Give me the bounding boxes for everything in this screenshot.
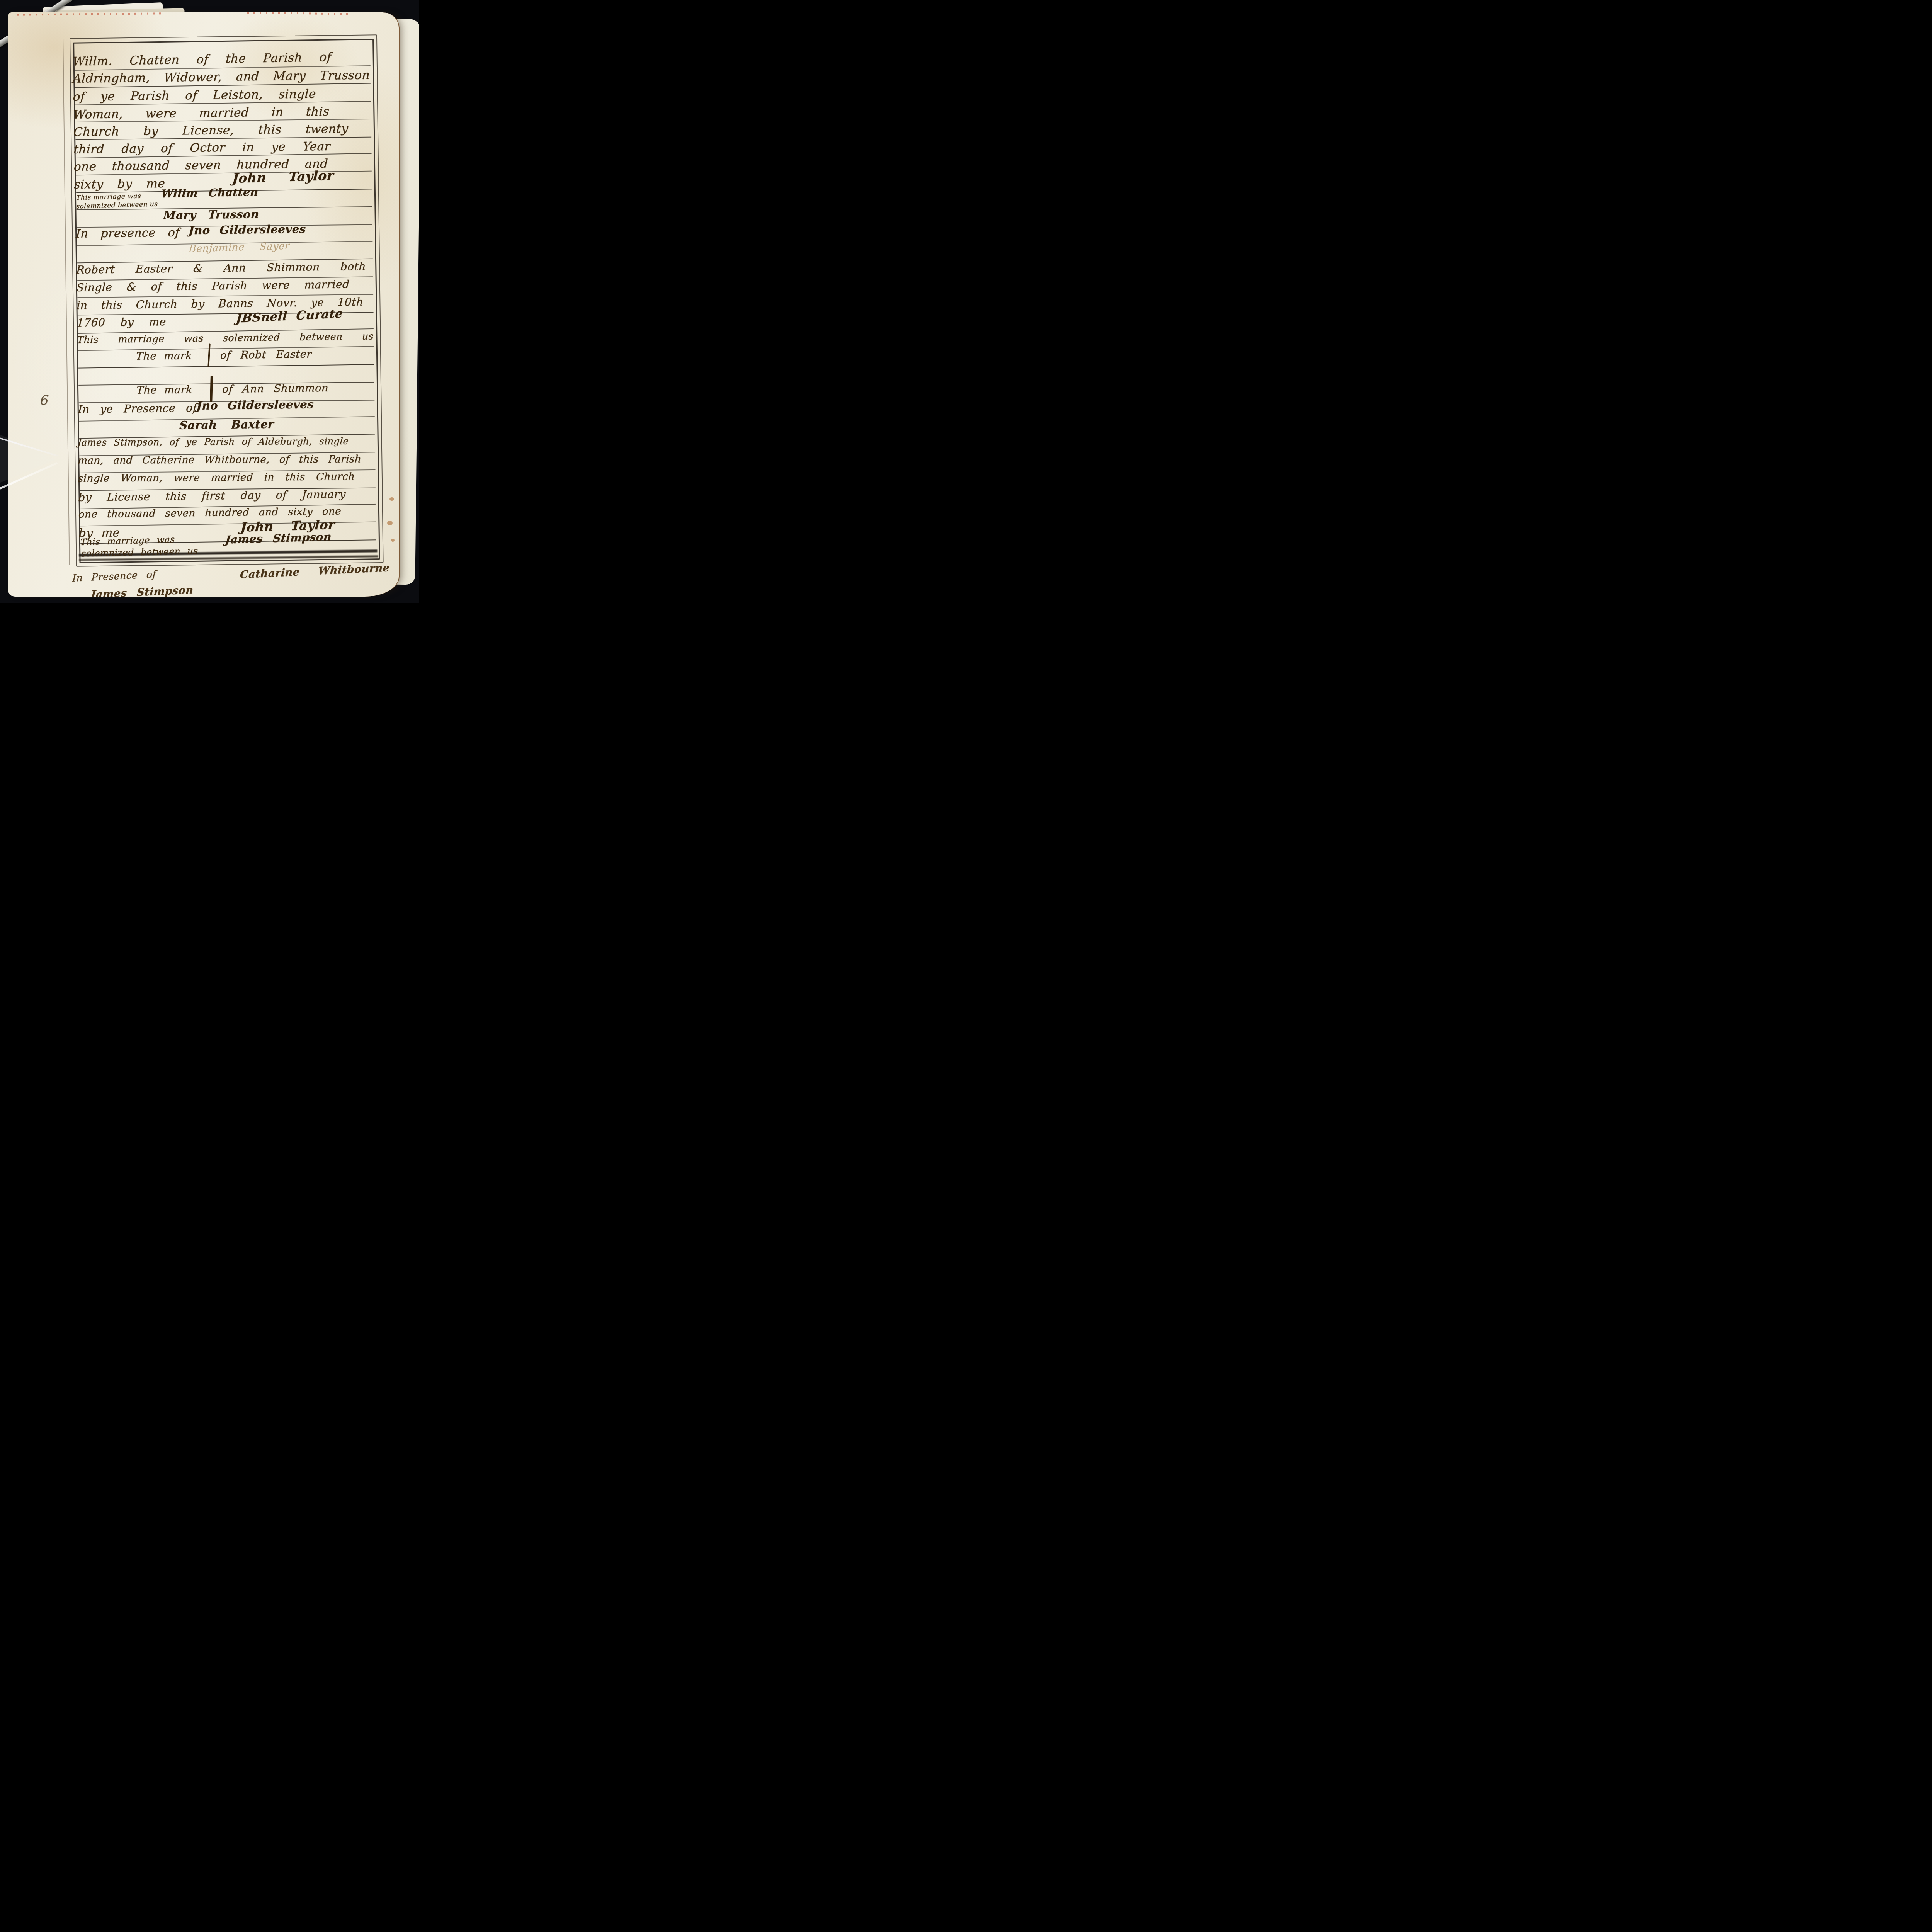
mark-label: The mark xyxy=(136,350,192,362)
presence-label: In Presence of xyxy=(72,568,156,583)
register-entry-line: man, and Catherine Whitbourne, of this P… xyxy=(77,453,362,466)
bride-signature: Mary Trusson xyxy=(163,207,260,222)
officiant-signature: John Taylor xyxy=(232,168,334,186)
register-entry-line: James Stimpson, of ye Parish of Aldeburg… xyxy=(77,436,349,448)
mark-label: The mark xyxy=(136,384,193,396)
presence-label: In presence of xyxy=(75,226,180,240)
bride-signature: Catharine Whitbourne xyxy=(240,562,390,581)
register-entry-line: sixty by me xyxy=(74,177,166,192)
witness-signature: Sarah Baxter xyxy=(179,417,274,432)
register-entry-line: of ye Parish of Leiston, single xyxy=(73,87,316,104)
groom-mark-name: of Robt Easter xyxy=(220,348,312,361)
groom-signature: Willm Chatten xyxy=(161,185,259,200)
presence-label: In ye Presence of xyxy=(78,401,197,416)
ruled-box: Willm. Chatten of the Parish of Aldringh… xyxy=(8,12,400,597)
photo-backdrop: 6 Willm. Chatten of the Parish of Aldrin… xyxy=(0,0,419,603)
register-page: 6 Willm. Chatten of the Parish of Aldrin… xyxy=(8,12,400,597)
witness-signature: Jno Gildersleeves xyxy=(188,222,306,237)
bride-mark-name: of Ann Shummon xyxy=(222,382,329,395)
register-entry-line: 1760 by me xyxy=(77,315,167,329)
witness-signature: Jno Gildersleeves xyxy=(196,398,314,412)
box-border-faint-line xyxy=(63,39,70,565)
witness-signature: James Stimpson xyxy=(90,584,194,597)
register-entry-line: single Woman, were married in this Churc… xyxy=(78,471,355,485)
